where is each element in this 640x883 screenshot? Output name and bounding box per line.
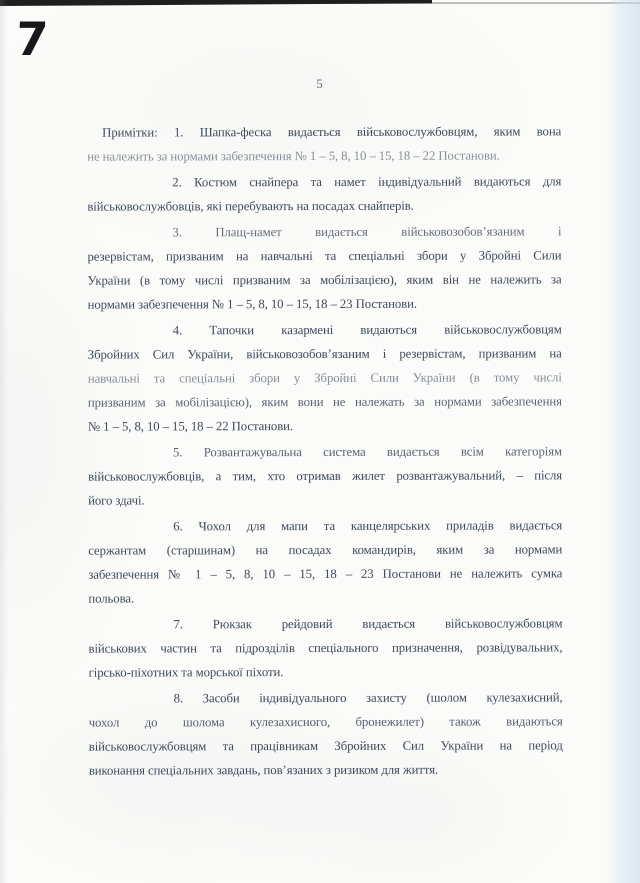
- text-line: забезпечення № 1 – 5, 8, 10 – 15, 18 – 2…: [88, 561, 562, 586]
- text-line: 3. Плащ-намет видається військовозобов’я…: [87, 219, 561, 244]
- text-line: 8. Засоби індивідуального захисту (шолом…: [89, 685, 563, 710]
- text-line: сержантам (старшинам) на посадах команди…: [88, 537, 562, 562]
- text-line: польова.: [88, 585, 562, 610]
- text-line: 4. Тапочки казармені видаються військово…: [88, 317, 562, 342]
- text-line: не належить за нормами забезпечення № 1 …: [87, 143, 561, 168]
- text-line: резервістам, призваним на навчальні та с…: [87, 243, 561, 268]
- text-line: України (в тому числі призваним за мобіл…: [88, 267, 562, 292]
- document-body: Примітки: 1. Шапка-феска видається війсь…: [87, 119, 563, 784]
- text-line: призваним за мобілізацією), яким вони не…: [88, 389, 562, 414]
- text-line: військовослужбовців, які перебувають на …: [87, 193, 561, 218]
- text-line: військовослужбовців, а тим, хто отримав …: [88, 463, 562, 488]
- text-line: Примітки: 1. Шапка-феска видається війсь…: [87, 119, 561, 144]
- note-paragraph: Примітки: 1. Шапка-феска видається війсь…: [87, 119, 561, 168]
- text-line: військових частин та підрозділів спеціал…: [88, 635, 562, 660]
- note-paragraph: 6. Чохол для мапи та канцелярських прила…: [88, 513, 562, 610]
- text-line: 7. Рюкзак рейдовий видається військовосл…: [88, 611, 562, 636]
- text-line: № 1 – 5, 8, 10 – 15, 18 – 22 Постанови.: [88, 413, 562, 438]
- note-paragraph: 4. Тапочки казармені видаються військово…: [88, 317, 562, 438]
- text-line: 2. Костюм снайпера та намет індивідуальн…: [87, 169, 561, 194]
- text-line: нормами забезпечення № 1 – 5, 8, 10 – 15…: [88, 291, 562, 316]
- scanner-dark-bar: [0, 0, 432, 6]
- note-paragraph: 7. Рюкзак рейдовий видається військовосл…: [88, 611, 562, 684]
- text-line: 6. Чохол для мапи та канцелярських прила…: [88, 513, 562, 538]
- note-paragraph: 2. Костюм снайпера та намет індивідуальн…: [87, 169, 561, 218]
- note-paragraph: 8. Засоби індивідуального захисту (шолом…: [89, 685, 563, 782]
- text-line: навчальні та спеціальні збори у Збройні …: [88, 365, 562, 390]
- text-line: військовослужбовцям та працівникам Зброй…: [89, 733, 563, 758]
- text-line: гірсько-піхотних та морської піхоти.: [89, 659, 563, 684]
- corner-mark: 7: [15, 16, 49, 62]
- scan-edge-left: [0, 0, 8, 883]
- text-line: чохол до шолома кулезахисного, бронежиле…: [89, 709, 563, 734]
- page-number: 5: [0, 76, 640, 92]
- text-line: виконання спеціальних завдань, пов’язани…: [89, 757, 563, 782]
- text-line: 5. Розвантажувальна система видається вс…: [88, 439, 562, 464]
- scan-edge-right: [606, 0, 640, 883]
- note-paragraph: 3. Плащ-намет видається військовозобов’я…: [87, 219, 561, 316]
- note-paragraph: 5. Розвантажувальна система видається вс…: [88, 439, 562, 512]
- text-line: його здачі.: [88, 487, 562, 512]
- scanned-document-page: 7 5 Примітки: 1. Шапка-феска видається в…: [0, 0, 640, 883]
- text-line: Збройних Сил України, військовозобов’яза…: [88, 341, 562, 366]
